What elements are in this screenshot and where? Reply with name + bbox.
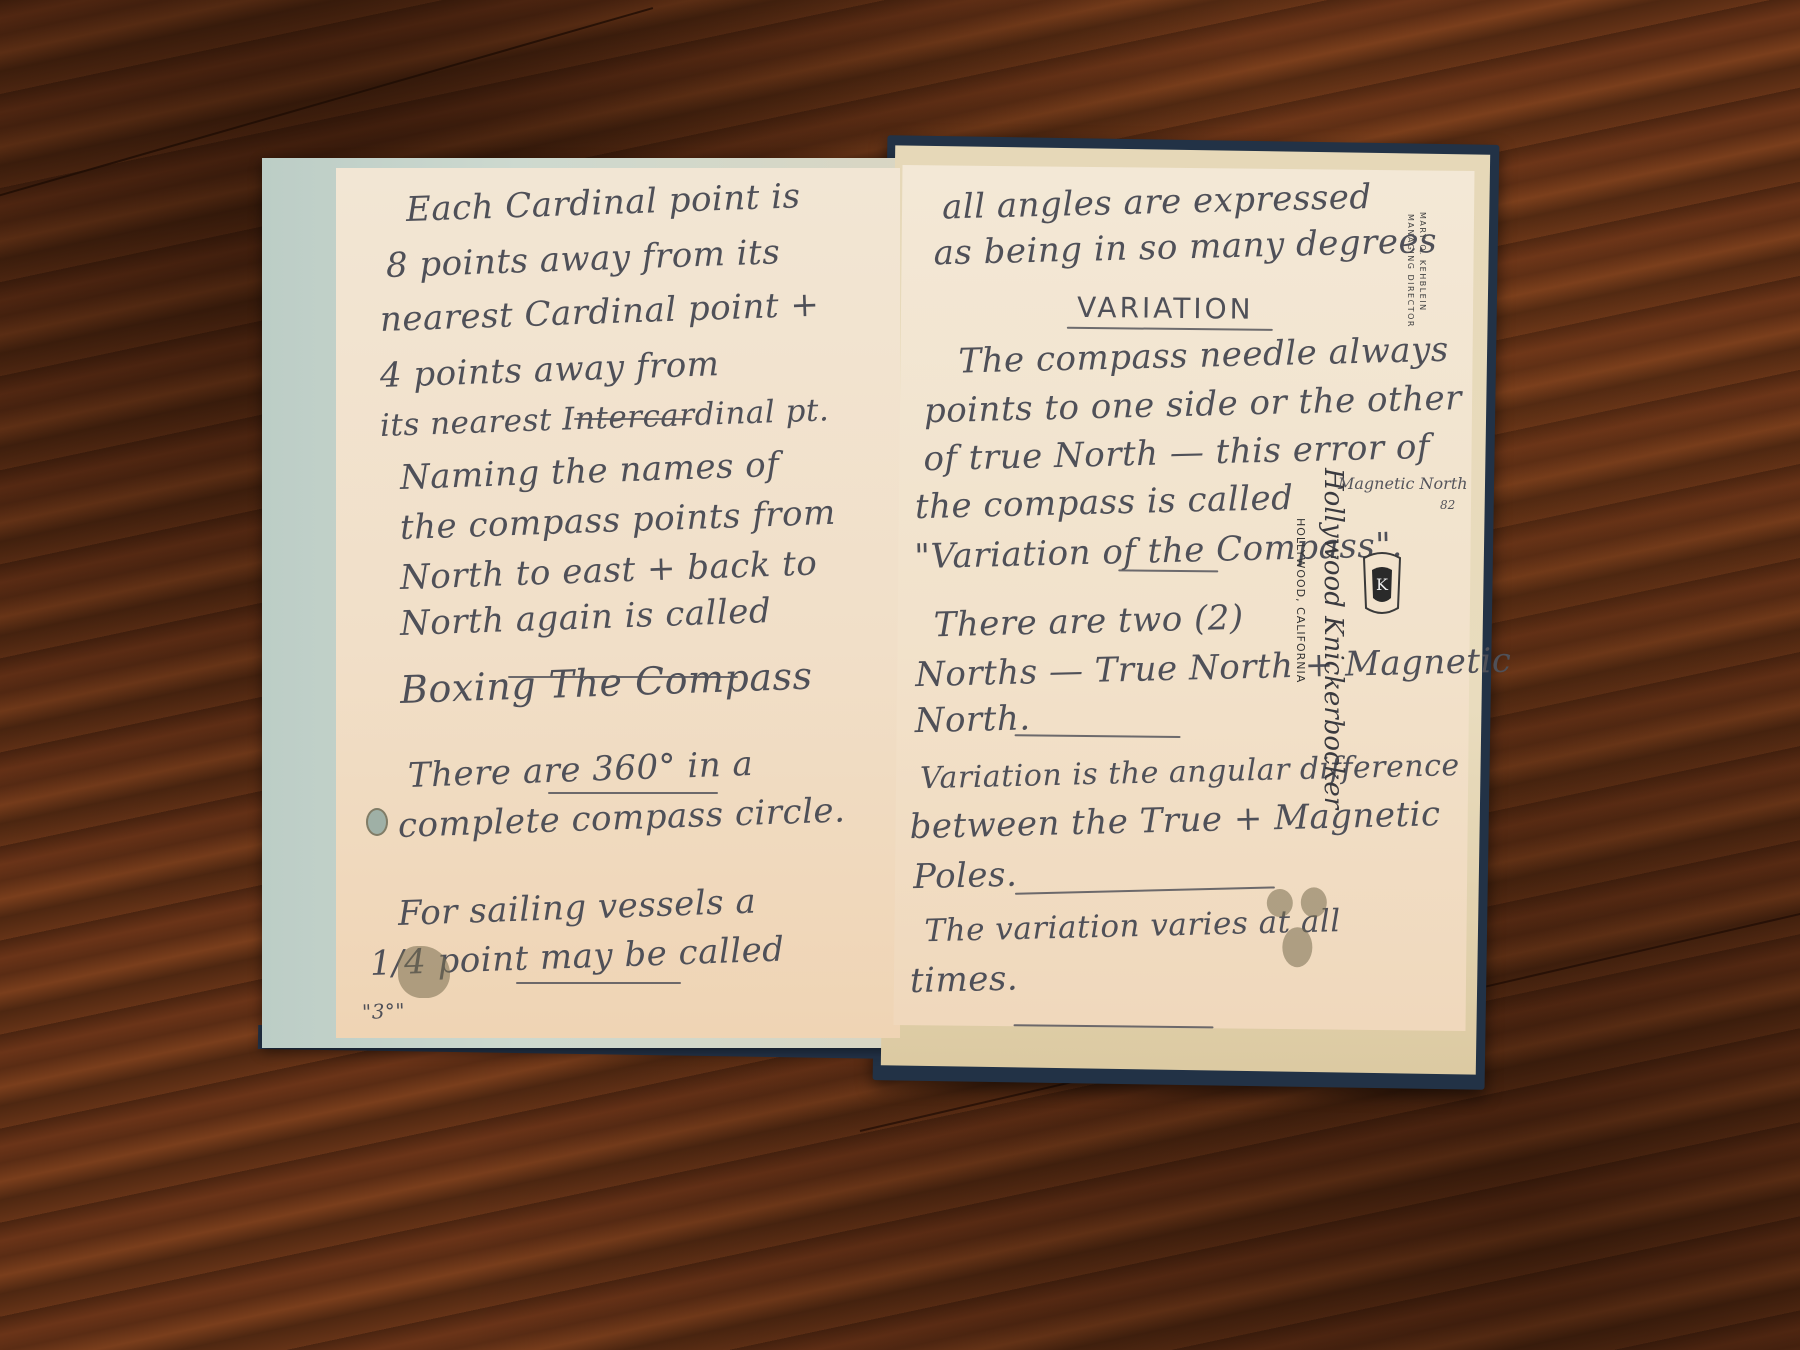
underline <box>1118 569 1218 572</box>
handwritten-line: the compass is called <box>914 478 1293 527</box>
handwritten-line: Norths — True North + Magnetic <box>915 641 1512 696</box>
margin-note-magnetic-north: Magnetic North <box>1338 474 1468 493</box>
water-stain <box>1267 889 1293 917</box>
underline <box>1067 327 1273 331</box>
underline <box>516 982 681 984</box>
handwritten-heading: Boxing The Compass <box>399 654 813 712</box>
svg-text:K: K <box>1376 575 1389 594</box>
hotel-crest-icon: K <box>1358 548 1406 618</box>
handwritten-line: North again is called <box>399 591 771 644</box>
handwritten-line: The compass needle always <box>958 330 1449 382</box>
handwritten-line: For sailing vessels a <box>397 882 757 934</box>
handwritten-line: times. <box>909 959 1018 1002</box>
underline <box>508 676 738 678</box>
handwritten-line: 4 points away from <box>379 344 720 396</box>
paper-hole <box>366 808 388 836</box>
handwritten-line: There are two (2) <box>933 598 1244 646</box>
handwritten-line: between the True + Magnetic <box>909 794 1441 847</box>
water-stain <box>1301 887 1327 917</box>
handwritten-line: There are 360° in a <box>407 744 754 796</box>
handwritten-line: North to east + back to <box>399 543 818 598</box>
handwritten-line: nearest Cardinal point + <box>379 285 820 340</box>
handwritten-line: "3°" <box>362 999 406 1024</box>
handwritten-line: Each Cardinal point is <box>405 176 801 230</box>
handwritten-line: points to one side or the other <box>923 378 1462 431</box>
open-notebook: Each Cardinal point is 8 points away fro… <box>0 0 1800 1350</box>
handwritten-line: of true North — this error of <box>923 427 1430 479</box>
letterhead-title: MANAGING DIRECTOR <box>1404 214 1416 328</box>
handwritten-line: complete compass circle. <box>397 790 846 846</box>
letterhead-name-text: MARY O. KEHBLEIN <box>1418 212 1427 312</box>
handwritten-line: North. <box>914 698 1031 741</box>
handwritten-line: Variation is the angular difference <box>920 748 1460 796</box>
margin-page-number: 82 <box>1440 498 1455 512</box>
left-page: Each Cardinal point is 8 points away fro… <box>336 168 900 1038</box>
hotel-city: HOLLYWOOD, CALIFORNIA <box>1294 518 1307 683</box>
letterhead-name: MARY O. KEHBLEIN <box>1416 212 1428 312</box>
handwritten-line: as being in so many degrees <box>933 221 1437 273</box>
letterhead-title-text: MANAGING DIRECTOR <box>1406 214 1415 328</box>
handwritten-line: Naming the names of <box>399 445 780 498</box>
water-stain <box>1282 927 1312 967</box>
underline <box>1015 886 1275 894</box>
handwritten-line: the compass points from <box>399 493 836 548</box>
underline <box>574 418 692 420</box>
hotel-name-script: Hollywood Knickerbocker <box>1318 468 1348 809</box>
underline <box>1015 734 1181 738</box>
section-heading-variation: VARIATION <box>1077 291 1254 326</box>
handwritten-line: Poles. <box>913 855 1018 898</box>
underline <box>548 792 718 794</box>
handwritten-line: 8 points away from its <box>385 232 781 286</box>
handwritten-line: all angles are expressed <box>942 177 1373 227</box>
